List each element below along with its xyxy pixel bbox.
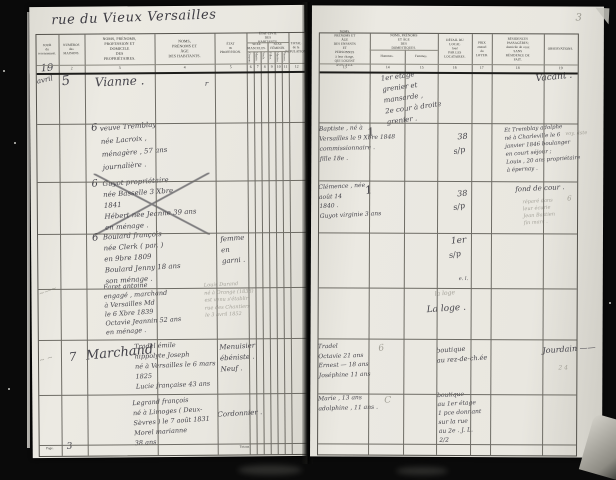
owner-name: Vianne . [95,73,145,89]
observation-signature: Jourdain —— [542,343,596,355]
right-handwriting-layer: 1er étagegrenier etmansarde ,2e cour à d… [318,33,578,455]
pencil-mark: 6 [567,194,572,202]
column-number: 3 [117,66,123,70]
column-number: 13 [342,66,348,70]
children-block: Clémence , néeaoût 141840 .Guyot virgini… [318,180,381,221]
column-number: 16 [452,66,458,70]
owner-block: veuve Tremblaynée Lacroix ,ménagère , 57… [99,118,168,175]
rent-price: 38 [457,132,468,142]
column-number: 15 [418,66,424,70]
house-number: 6 [91,178,99,190]
month-entry: avril [36,74,53,85]
stray-mark: r [205,80,208,88]
pencil-scribble: ~ ~ [38,353,54,364]
children-block: Baptiste , né àVersailles le 9 Xbre 1848… [319,122,396,164]
ec-column-label: Garçons. [248,52,251,63]
street-title: rue du Vieux Versailles [51,7,217,28]
column-number: 14 [384,66,390,70]
page-corner-fold [595,8,610,25]
scan-artifact [238,465,302,475]
column-number: 7 [254,65,260,69]
dust-speck [609,302,611,304]
owner-block: Guyot propriétairenée Basselle 3 Xbre184… [102,173,197,233]
house-number: 5 [61,73,71,89]
dust-speck [8,388,10,390]
footer-page-number: 3 [66,442,72,452]
column-number: 8 [261,65,267,69]
column-number: 5 [228,66,234,70]
tenant-block: Legrand françoisné à Limoges ( Deux-Sèvr… [132,394,211,449]
rent-price: s/p [453,145,467,156]
tenant-block: Tradel émilehippolyte Josephné à Versail… [134,338,217,391]
local-detail: boutiqueau rez-de-ch.ée [436,342,488,365]
column-number: 11 [282,65,288,69]
profession-note: femmeengarni . [220,233,247,268]
column-number: 10 [275,65,281,69]
right-page: 3 NOMS, PRÉNOMS ET ÂGE DES ENFANTS ET PE… [310,5,604,457]
ec-column-label: Mariés. [255,52,258,61]
residence-note: fond de cour . [515,183,565,193]
pencil-scribble: ~—~ [38,284,58,298]
pencil-page-number: 3 [576,13,582,24]
column-number: 4 [182,66,188,70]
rent-price: s/p [452,201,466,212]
house-number: 7 [68,349,77,364]
left-register-table: JOUR du recensement. NUMÉROS des MAISONS… [35,32,308,457]
column-number: 1 [45,67,51,71]
right-register-table: NOMS, PRÉNOMS ET ÂGE DES ENFANTS ET PERS… [317,32,579,456]
pencil-note: voy. liste [565,130,587,137]
column-number: 17 [479,66,485,70]
pencil-mark: 6 [378,343,385,354]
column-number: 18 [515,66,521,70]
profession-note: Menuisierébéniste .Neuf . [219,340,257,375]
rent-price: 38 [457,189,468,199]
column-number: 12 [294,65,300,69]
ec-column-label: Veufs. [262,52,265,60]
dust-speck [14,142,16,144]
local-detail: La loge . [426,303,466,316]
column-number: 19 [558,67,564,71]
column-number: 6 [247,65,253,69]
ec-column-label: Veuves. [283,52,286,61]
pencil-note: réparé dansleur écurieJean Bastienfin ma… [522,197,556,227]
pencil-mark: 2 4 [558,364,568,371]
rent-price: s/p [448,249,462,260]
local-detail: boutiqueau 1er étage1 pce donnantsur la … [437,389,483,445]
children-block: TradelOctavie 21 ansErnest — 18 ansJosép… [318,341,371,381]
column-number: 9 [268,65,274,69]
scan-artifact [396,467,448,475]
ec-column-label: Mariées. [276,52,279,62]
tiny-note: e. l. [459,276,468,282]
local-detail: 1er étagegrenier etmansarde ,2e cour à d… [380,66,444,128]
dust-speck [3,70,5,72]
rent-price: 1er [451,235,467,246]
pencil-mark: C [384,396,391,406]
left-page: rue du Vieux Versailles JOUR du recensem… [29,5,308,458]
scanned-register-spread: rue du Vieux Versailles JOUR du recensem… [0,0,616,480]
column-number: 2 [69,67,75,71]
ec-column-label: Filles. [269,52,272,59]
